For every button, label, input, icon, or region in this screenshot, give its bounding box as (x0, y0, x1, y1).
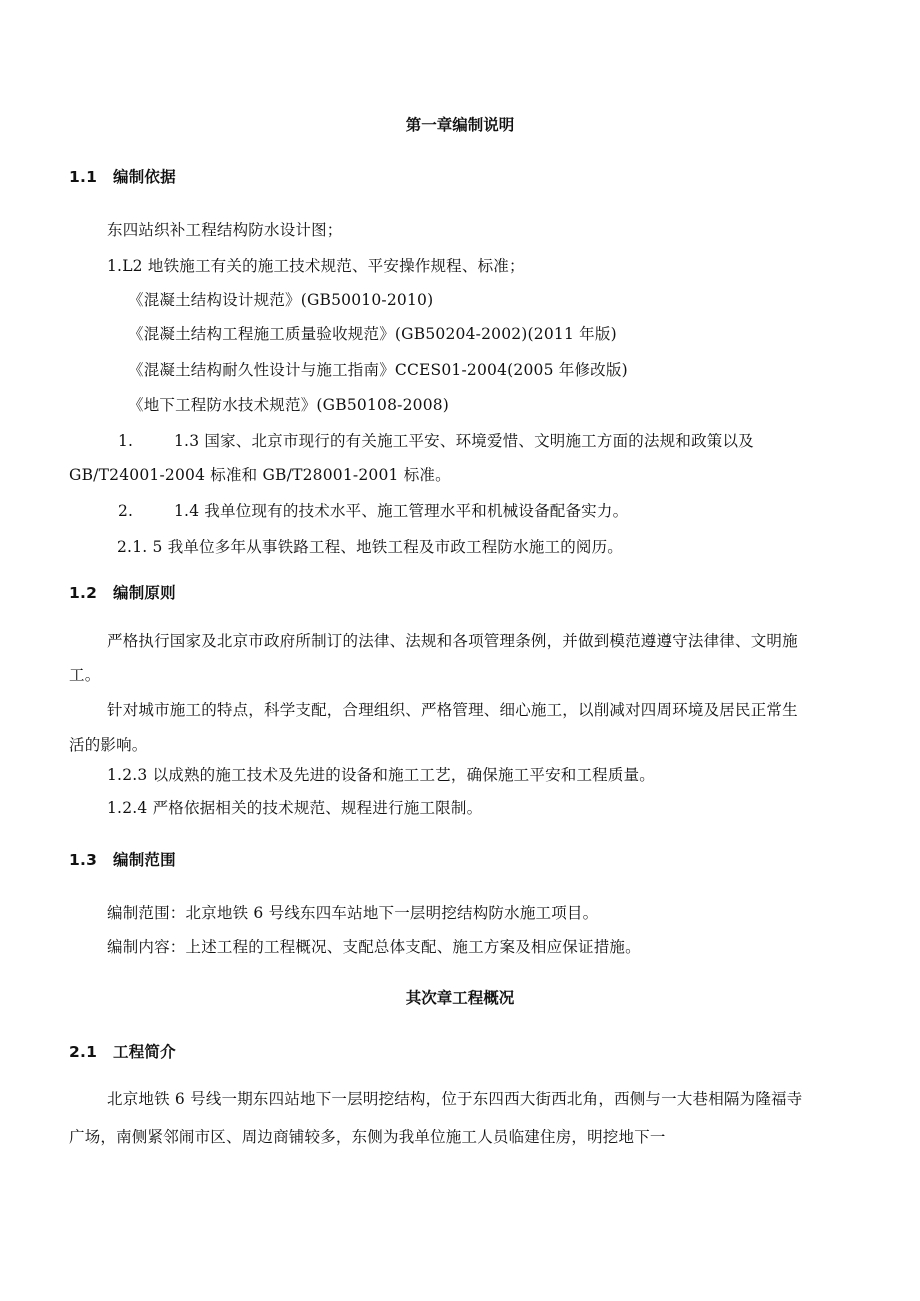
list-item-continuation: GB/T24001-2004 标准和 GB/T28001-2001 标准。 (69, 465, 451, 485)
section-1-2-heading: 1.2编制原则 (69, 583, 176, 603)
paragraph: 东四站织补工程结构防水设计图； (107, 220, 343, 240)
list-item: 2.1.4 我单位现有的技术水平、施工管理水平和机械设备配备实力。 (118, 501, 628, 521)
paragraph: 1.2.4 严格依据相关的技术规范、规程进行施工限制。 (107, 798, 482, 818)
section-1-1-heading: 1.1编制依据 (69, 167, 176, 187)
section-title: 编制范围 (113, 851, 176, 869)
paragraph: 北京地铁 6 号线一期东四站地下一层明挖结构，位于东四西大街西北角，西侧与一大巷… (107, 1089, 802, 1109)
reference-item: 《地下工程防水技术规范》(GB50108-2008) (128, 395, 449, 415)
list-text: 1.3 国家、北京市现行的有关施工平安、环境爱惜、文明施工方面的法规和政策以及 (174, 432, 754, 450)
section-2-1-heading: 2.1工程简介 (69, 1042, 176, 1062)
paragraph: 严格执行国家及北京市政府所制订的法律、法规和各项管理条例，并做到模范遵遵守法律律… (107, 631, 798, 651)
paragraph: 1.2.3 以成熟的施工技术及先进的设备和施工工艺，确保施工平安和工程质量。 (107, 765, 655, 785)
list-item: 2.1. 5 我单位多年从事铁路工程、地铁工程及市政工程防水施工的阅历。 (117, 537, 623, 557)
paragraph-continuation: 工。 (69, 665, 100, 685)
paragraph: 编制范围：北京地铁 6 号线东四车站地下一层明挖结构防水施工项目。 (107, 903, 598, 923)
section-number: 2.1 (69, 1042, 113, 1062)
reference-item: 《混凝土结构工程施工质量验收规范》(GB50204-2002)(2011 年版) (128, 324, 617, 344)
paragraph: 1.L2 地铁施工有关的施工技术规范、平安操作规程、标准； (107, 256, 525, 276)
section-number: 1.1 (69, 167, 113, 187)
section-title: 编制原则 (113, 584, 176, 602)
reference-item: 《混凝土结构设计规范》(GB50010-2010) (128, 290, 433, 310)
list-item: 1.1.3 国家、北京市现行的有关施工平安、环境爱惜、文明施工方面的法规和政策以… (118, 431, 754, 451)
section-1-3-heading: 1.3编制范围 (69, 850, 176, 870)
paragraph: 编制内容：上述工程的工程概况、支配总体支配、施工方案及相应保证措施。 (107, 937, 641, 957)
document-page: 第一章编制说明 1.1编制依据 东四站织补工程结构防水设计图； 1.L2 地铁施… (0, 0, 920, 1301)
section-title: 编制依据 (113, 168, 176, 186)
section-title: 工程简介 (113, 1043, 176, 1061)
section-number: 1.2 (69, 583, 113, 603)
section-number: 1.3 (69, 850, 113, 870)
paragraph: 针对城市施工的特点，科学支配，合理组织、严格管理、细心施工，以削减对四周环境及居… (107, 700, 798, 720)
list-text: 1.4 我单位现有的技术水平、施工管理水平和机械设备配备实力。 (174, 502, 628, 520)
list-number: 1. (118, 431, 174, 451)
paragraph-continuation: 活的影响。 (69, 735, 148, 755)
chapter-1-title: 第一章编制说明 (0, 115, 920, 135)
list-number: 2. (118, 501, 174, 521)
reference-item: 《混凝土结构耐久性设计与施工指南》CCES01-2004(2005 年修改版) (128, 360, 628, 380)
paragraph-continuation: 广场，南侧紧邻闹市区、周边商铺较多，东侧为我单位施工人员临建住房，明挖地下一 (69, 1127, 666, 1147)
chapter-2-title: 其次章工程概况 (0, 988, 920, 1008)
